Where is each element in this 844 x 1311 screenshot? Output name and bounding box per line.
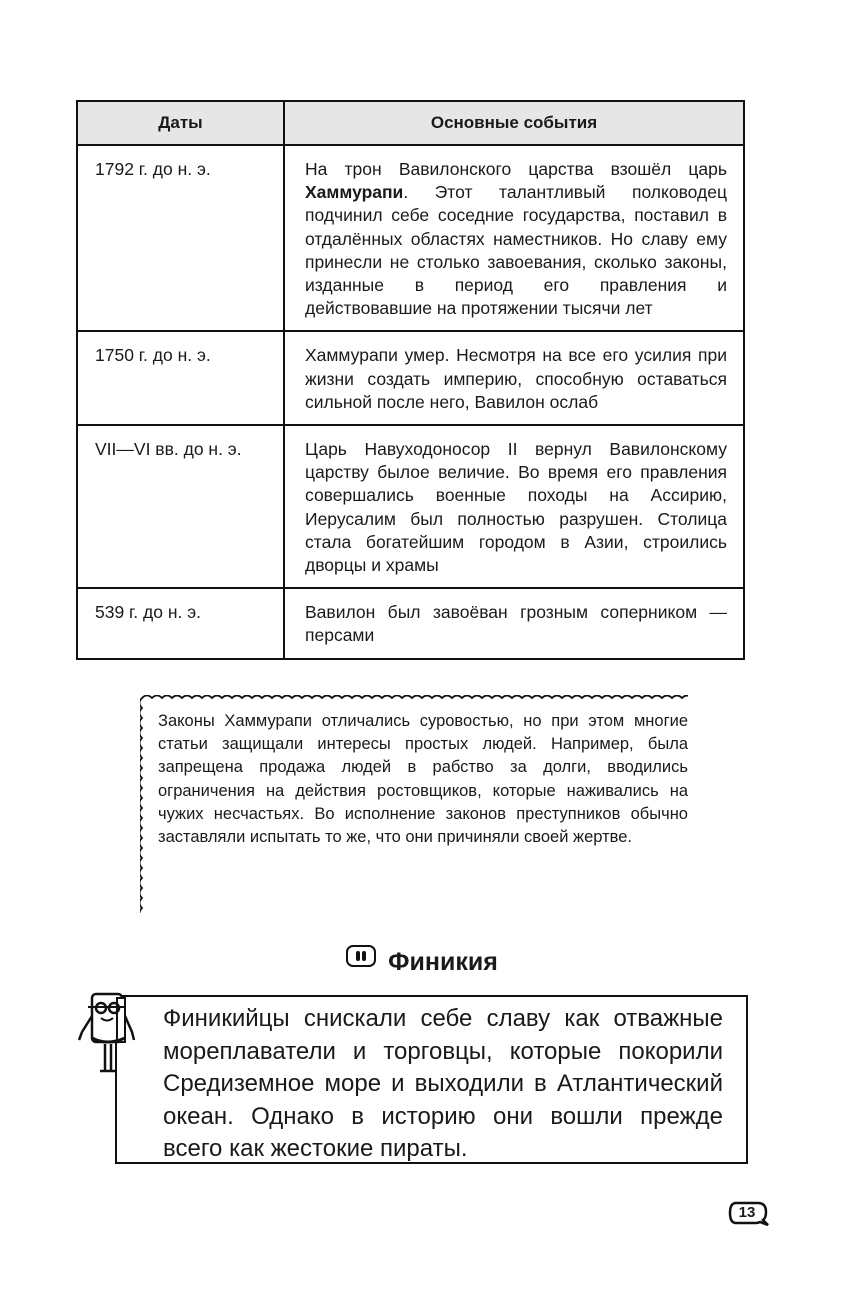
note-text: Законы Хаммурапи отличались суровостью, … (158, 710, 688, 849)
page-number-badge: 13 (728, 1201, 768, 1225)
section-title-text: Финикия (388, 948, 498, 976)
fact-text: Финикийцы снискали себе славу как отважн… (163, 1003, 723, 1166)
table-row: 1750 г. до н. э. Хаммурапи умер. Несмотр… (77, 331, 744, 425)
row-date: 1792 г. до н. э. (77, 145, 284, 331)
table-row: VII—VI вв. до н. э. Царь Навуходоносор I… (77, 425, 744, 588)
row-date: VII—VI вв. до н. э. (77, 425, 284, 588)
table-row: 539 г. до н. э. Вавилон был завоёван гро… (77, 588, 744, 658)
header-events: Основные события (284, 101, 744, 145)
history-table: Даты Основные события 1792 г. до н. э. Н… (76, 100, 745, 660)
header-dates: Даты (77, 101, 284, 145)
row-date: 1750 г. до н. э. (77, 331, 284, 425)
page-number: 13 (728, 1204, 766, 1221)
table-header-row: Даты Основные события (77, 101, 744, 145)
row-event: Вавилон был завоёван грозным соперником … (284, 588, 744, 658)
fact-box: Финикийцы снискали себе славу как отважн… (115, 995, 748, 1164)
mascot-book-icon (72, 988, 152, 1088)
row-event: Хаммурапи умер. Несмотря на все его усил… (284, 331, 744, 425)
row-date: 539 г. до н. э. (77, 588, 284, 658)
section-heading: Финикия (0, 945, 844, 977)
note-box: Законы Хаммурапи отличались суровостью, … (140, 695, 685, 910)
footprints-icon (346, 945, 376, 967)
table-row: 1792 г. до н. э. На трон Вавилонского ца… (77, 145, 744, 331)
row-event: На трон Вавилонского царства взошёл царь… (284, 145, 744, 331)
row-event: Царь Навуходоносор II вернул Вавилонском… (284, 425, 744, 588)
